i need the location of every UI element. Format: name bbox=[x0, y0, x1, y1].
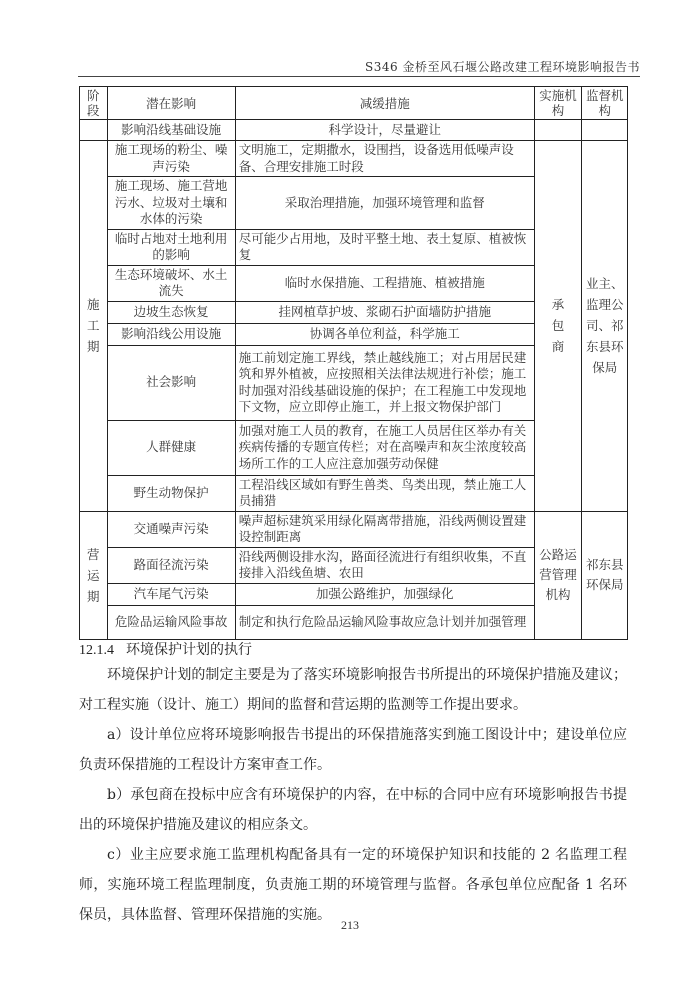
measure-cell: 加强公路维护，加强绿化 bbox=[235, 583, 534, 605]
measure-cell: 工程沿线区域如有野生兽类、鸟类出现，禁止施工人员捕猎 bbox=[235, 475, 534, 511]
impact-cell: 施工现场、施工营地污水、垃圾对土壤和水体的污染 bbox=[107, 177, 235, 230]
impl-construction: 承 包 商 bbox=[534, 141, 582, 512]
column-header-impact: 潜在影响 bbox=[107, 87, 235, 120]
measure-cell: 采取治理措施，加强环境管理和监督 bbox=[235, 177, 534, 230]
paragraph-a: a）设计单位应将环境影响报告书提出的环保措施落实到施工图设计中；建设单位应负责环… bbox=[79, 720, 627, 780]
impact-cell: 危险品运输风险事故 bbox=[107, 605, 235, 639]
measure-cell: 噪声超标建筑采用绿化隔离带措施，沿线两侧设置建设控制距离 bbox=[235, 511, 534, 547]
measure-cell: 施工前划定施工界线，禁止越线施工；对占用居民建筑和界外植被，应按照相关法律法规进… bbox=[235, 345, 534, 420]
column-header-supervisor: 监督机 构 bbox=[582, 87, 628, 120]
measure-cell: 尽可能少占用地，及时平整土地、表土复原、植被恢复 bbox=[235, 229, 534, 265]
page-number: 213 bbox=[0, 918, 700, 933]
impact-cell: 路面径流污染 bbox=[107, 547, 235, 583]
header-divider bbox=[78, 76, 640, 77]
paragraph-b: b）承包商在投标中应含有环境保护的内容，在中标的合同中应有环境影响报告书提出的环… bbox=[79, 780, 627, 840]
measure-cell: 协调各单位利益，科学施工 bbox=[235, 323, 534, 345]
measure-cell: 文明施工，定期撒水，设围挡，设备选用低噪声设备、合理安排施工时段 bbox=[235, 141, 534, 177]
measure-cell: 临时水保措施、工程措施、植被措施 bbox=[235, 265, 534, 301]
section-title: 环境保护计划的执行 bbox=[126, 642, 252, 658]
impact-cell: 汽车尾气污染 bbox=[107, 583, 235, 605]
measure-cell: 加强对施工人员的教育，在施工人员居住区举办有关疾病传播的专题宣传栏；对在高噪声和… bbox=[235, 420, 534, 475]
section-number: 12.1.4 bbox=[79, 643, 114, 658]
table-row: 施 工 期 施工现场的粉尘、噪声污染 文明施工，定期撒水，设围挡，设备选用低噪声… bbox=[80, 141, 628, 177]
environmental-measures-table: 阶 段 潜在影响 减缓措施 实施机 构 监督机 构 影响沿线基础设施 科学设计，… bbox=[79, 86, 628, 640]
impact-cell: 生态环境破坏、水土流失 bbox=[107, 265, 235, 301]
measure-cell: 挂网植草护坡、浆砌石护面墙防护措施 bbox=[235, 301, 534, 323]
supervisor-operation: 祁东县 环保局 bbox=[582, 511, 628, 639]
impl-operation: 公路运 营管理 机构 bbox=[534, 511, 582, 639]
paragraph-intro: 环境保护计划的制定主要是为了落实环境影响报告书所提出的环境保护措施及建议；对工程… bbox=[79, 660, 627, 720]
measure-cell: 沿线两侧设排水沟，路面径流进行有组织收集，不直接排入沿线鱼塘、农田 bbox=[235, 547, 534, 583]
impact-cell: 社会影响 bbox=[107, 345, 235, 420]
column-header-impl: 实施机 构 bbox=[534, 87, 582, 120]
page-header-title: S346 金桥至风石堰公路改建工程环境影响报告书 bbox=[365, 58, 640, 75]
stage-operation: 营 运 期 bbox=[80, 511, 108, 639]
measure-cell: 制定和执行危险品运输风险事故应急计划并加强管理 bbox=[235, 605, 534, 639]
impact-cell: 施工现场的粉尘、噪声污染 bbox=[107, 141, 235, 177]
stage-cell bbox=[80, 120, 108, 141]
table-header-row: 阶 段 潜在影响 减缓措施 实施机 构 监督机 构 bbox=[80, 87, 628, 120]
table-row: 影响沿线基础设施 科学设计，尽量避让 bbox=[80, 120, 628, 141]
impact-cell: 边坡生态恢复 bbox=[107, 301, 235, 323]
measure-cell: 科学设计，尽量避让 bbox=[235, 120, 534, 141]
impact-cell: 人群健康 bbox=[107, 420, 235, 475]
impact-cell: 交通噪声污染 bbox=[107, 511, 235, 547]
impact-cell: 影响沿线公用设施 bbox=[107, 323, 235, 345]
impact-cell: 影响沿线基础设施 bbox=[107, 120, 235, 141]
impact-cell: 临时占地对土地利用的影响 bbox=[107, 229, 235, 265]
supervisor-construction: 业主、 监理公 司、祁 东县环 保局 bbox=[582, 141, 628, 512]
impact-cell: 野生动物保护 bbox=[107, 475, 235, 511]
stage-construction: 施 工 期 bbox=[80, 141, 108, 512]
column-header-measure: 减缓措施 bbox=[235, 87, 534, 120]
section-heading: 12.1.4环境保护计划的执行 bbox=[79, 639, 252, 659]
table-row: 营 运 期 交通噪声污染 噪声超标建筑采用绿化隔离带措施，沿线两侧设置建设控制距… bbox=[80, 511, 628, 547]
supervisor-cell bbox=[582, 120, 628, 141]
column-header-stage: 阶 段 bbox=[80, 87, 108, 120]
impl-cell bbox=[534, 120, 582, 141]
paragraph-c: c）业主应要求施工监理机构配备具有一定的环境保护知识和技能的 2 名监理工程师，… bbox=[79, 840, 627, 930]
